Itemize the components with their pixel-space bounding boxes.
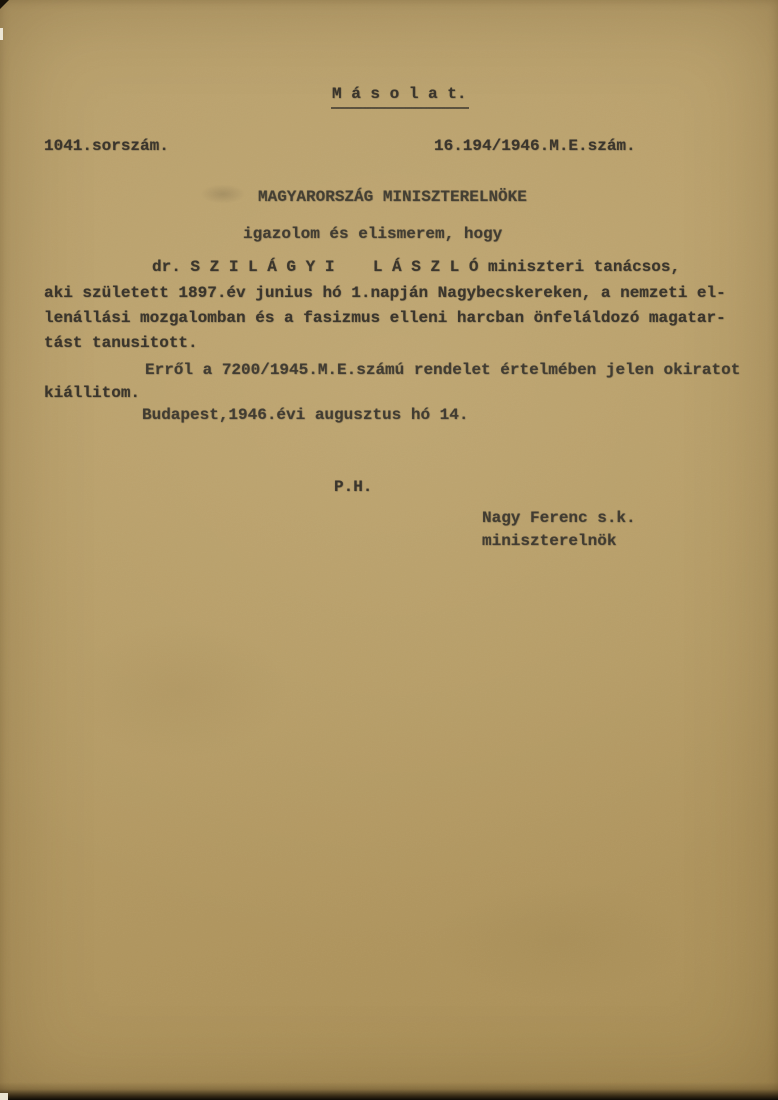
intro-line: igazolom és elismerem, hogy: [243, 224, 502, 244]
body-line: aki született 1897.év junius hó 1.napján…: [44, 283, 726, 303]
reference-number: 16.194/1946.M.E.szám.: [434, 136, 636, 156]
ink-smudge: [200, 184, 246, 204]
body-line: tást tanusitott.: [44, 333, 198, 353]
signature-title: miniszterelnök: [482, 531, 616, 551]
paper-stain: [430, 880, 690, 1000]
edge-nick: [0, 28, 3, 40]
body-line: kiállitom.: [44, 383, 140, 403]
serial-number: 1041.sorszám.: [44, 136, 169, 156]
issuer-heading: MAGYARORSZÁG MINISZTERELNÖKE: [258, 187, 527, 207]
signature-name: Nagy Ferenc s.k.: [482, 508, 636, 528]
bottom-edge-shadow: [0, 1082, 778, 1100]
scanned-document-page: M á s o l a t. 1041.sorszám. 16.194/1946…: [0, 0, 778, 1100]
page-title: M á s o l a t.: [331, 84, 469, 109]
body-line: lenállási mozgalomban és a fasizmus elle…: [44, 308, 726, 328]
corner-mark: [0, 0, 9, 9]
dateline: Budapest,1946.évi augusztus hó 14.: [142, 405, 468, 425]
bottom-edge-nick: [0, 1093, 8, 1100]
body-line: Erről a 7200/1945.M.E.számú rendelet ért…: [145, 360, 740, 380]
seal-mark: P.H.: [334, 477, 372, 497]
body-line: dr. S Z I L Á G Y I L Á S Z L Ó miniszte…: [152, 257, 680, 277]
page-vignette: [0, 0, 778, 1100]
paper-stain: [70, 620, 290, 760]
paper-texture: [0, 0, 778, 1100]
